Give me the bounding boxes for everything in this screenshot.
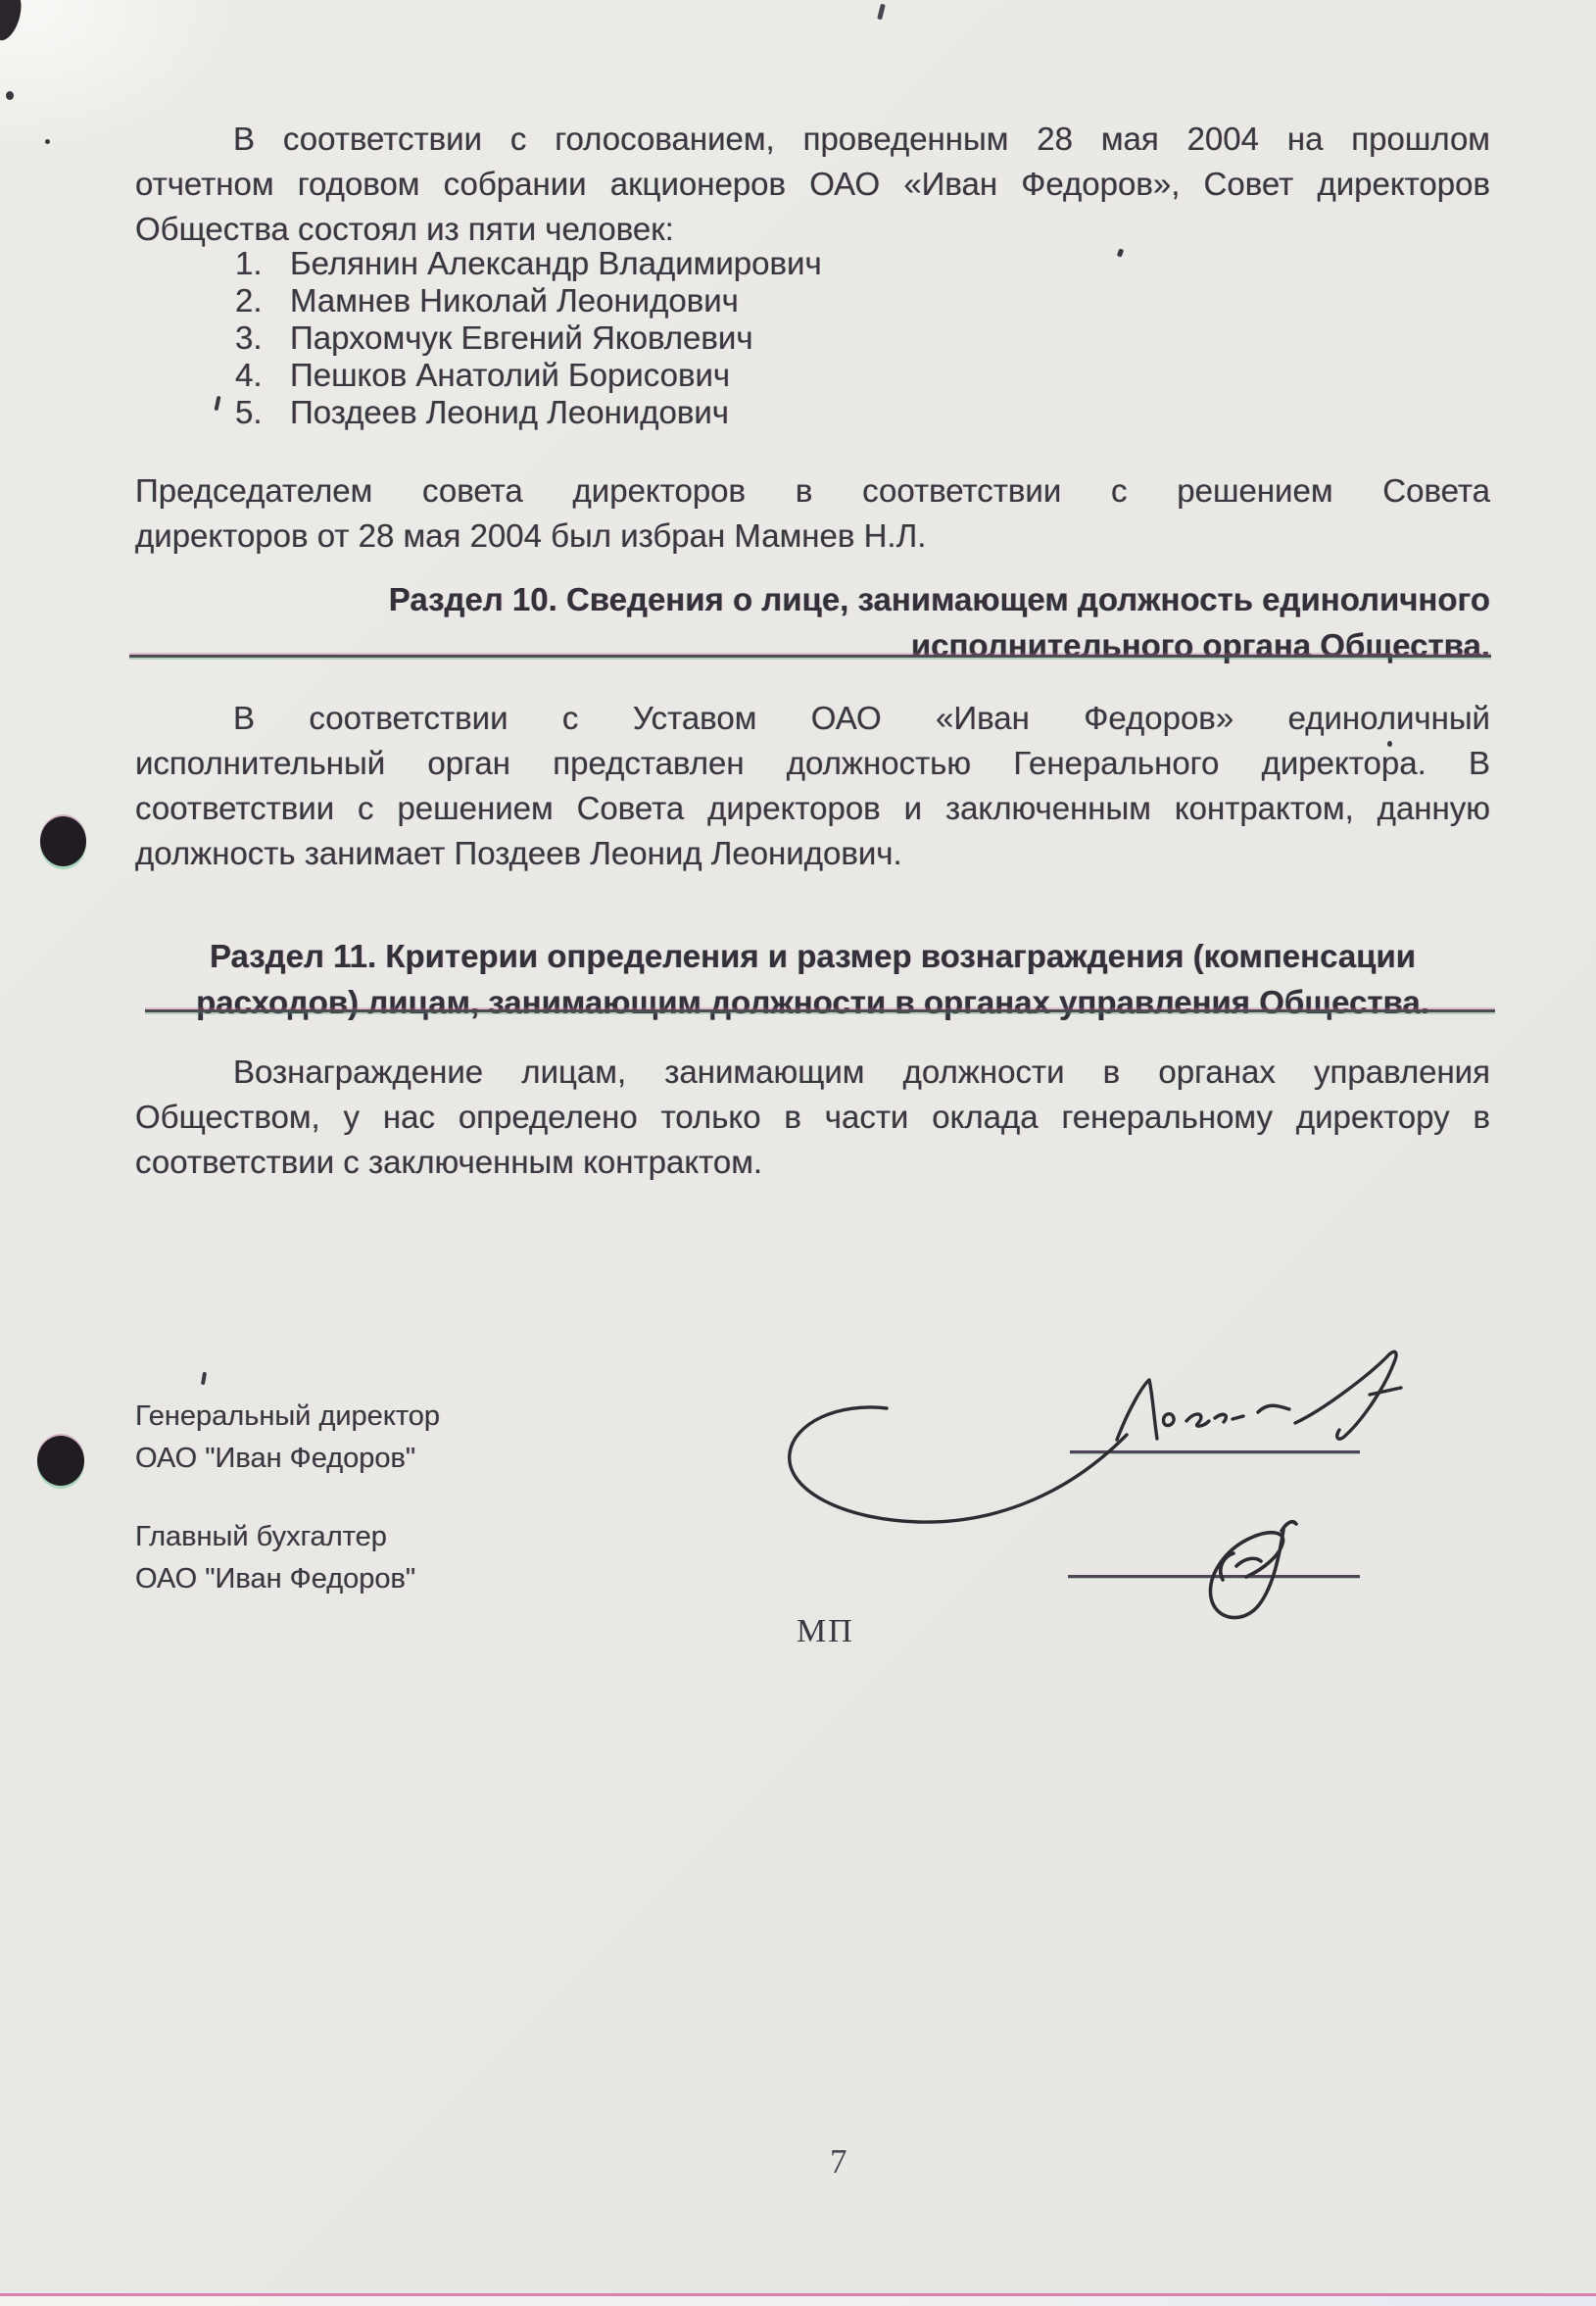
- hole-punch-ink-blot: [37, 1436, 84, 1486]
- scan-speck: [6, 91, 14, 100]
- list-item-name: Пешков Анатолий Борисович: [290, 357, 730, 393]
- list-item: 4.Пешков Анатолий Борисович: [135, 357, 1490, 394]
- paragraph-voting: В соответствии с голосованием, проведенн…: [135, 117, 1490, 252]
- text-line: В соответствии с Уставом ОАО «Иван Федор…: [135, 696, 1490, 741]
- paragraph-chairman: Председателем совета директоров в соотве…: [135, 468, 1490, 559]
- accountant-signature: [1210, 1522, 1296, 1618]
- signer-role: Генеральный директор: [135, 1396, 440, 1438]
- paragraph-remuneration: Вознаграждение лицам, занимающим должнос…: [135, 1050, 1490, 1185]
- signature-line: [1068, 1575, 1360, 1578]
- list-item-name: Мамнев Николай Леонидович: [290, 282, 739, 319]
- text-line: соответствии с решением Совета директоро…: [135, 786, 1490, 831]
- signer-org: ОАО "Иван Федоров": [135, 1438, 440, 1480]
- list-item-number: 5.: [235, 394, 290, 431]
- director-signature: [790, 1351, 1401, 1522]
- corner-ink-mark: [0, 0, 26, 44]
- director-signature-label: Генеральный директор ОАО "Иван Федоров": [135, 1396, 440, 1480]
- list-item-name: Пархомчук Евгений Яковлевич: [290, 319, 753, 356]
- list-item-number: 3.: [235, 319, 290, 357]
- text-line: Обществом, у нас определено только в час…: [135, 1095, 1490, 1140]
- scan-speck: [877, 4, 886, 21]
- list-item-number: 1.: [235, 245, 290, 282]
- scan-bottom-edge: [0, 2293, 1596, 2306]
- text-line: Вознаграждение лицам, занимающим должнос…: [135, 1050, 1490, 1095]
- accountant-signature-label: Главный бухгалтер ОАО "Иван Федоров": [135, 1516, 415, 1600]
- signature-line: [1070, 1450, 1360, 1453]
- heading-line: расходов) лицам, занимающим должности в …: [135, 979, 1490, 1025]
- heading-line: Раздел 10. Сведения о лице, занимающем д…: [135, 576, 1490, 622]
- list-item-number: 2.: [235, 282, 290, 319]
- list-item: 2.Мамнев Николай Леонидович: [135, 282, 1490, 319]
- list-item-number: 4.: [235, 357, 290, 394]
- text-line: должность занимает Поздеев Леонид Леонид…: [135, 831, 1490, 876]
- text-line: Председателем совета директоров в соотве…: [135, 468, 1490, 514]
- seal-mark: МП: [797, 1613, 854, 1650]
- text-line: В соответствии с голосованием, проведенн…: [135, 117, 1490, 162]
- text-line: соответствии с заключенным контрактом.: [135, 1140, 1490, 1185]
- text-line: исполнительный орган представлен должнос…: [135, 741, 1490, 786]
- heading-line: исполнительного органа Общества.: [135, 622, 1490, 668]
- signer-org: ОАО "Иван Федоров": [135, 1558, 415, 1600]
- list-item: 1.Белянин Александр Владимирович: [135, 245, 1490, 282]
- paragraph-charter: В соответствии с Уставом ОАО «Иван Федор…: [135, 696, 1490, 876]
- scanned-document-page: В соответствии с голосованием, проведенн…: [0, 0, 1596, 2306]
- board-members-list: 1.Белянин Александр Владимирович 2.Мамне…: [135, 245, 1490, 431]
- scan-speck: [45, 139, 50, 144]
- list-item-name: Белянин Александр Владимирович: [290, 245, 822, 281]
- heading-rule: [129, 655, 1491, 658]
- scan-speck: [201, 1372, 207, 1385]
- text-line: директоров от 28 мая 2004 был избран Мам…: [135, 514, 1490, 559]
- list-item-name: Поздеев Леонид Леонидович: [290, 394, 729, 430]
- hole-punch-ink-blot: [40, 816, 86, 866]
- list-item: 5.Поздеев Леонид Леонидович: [135, 394, 1490, 431]
- page-number: 7: [830, 2142, 847, 2182]
- heading-line: Раздел 11. Критерии определения и размер…: [135, 933, 1490, 979]
- signer-role: Главный бухгалтер: [135, 1516, 415, 1558]
- heading-rule: [145, 1009, 1495, 1012]
- list-item: 3.Пархомчук Евгений Яковлевич: [135, 319, 1490, 357]
- text-line: отчетном годовом собрании акционеров ОАО…: [135, 162, 1490, 207]
